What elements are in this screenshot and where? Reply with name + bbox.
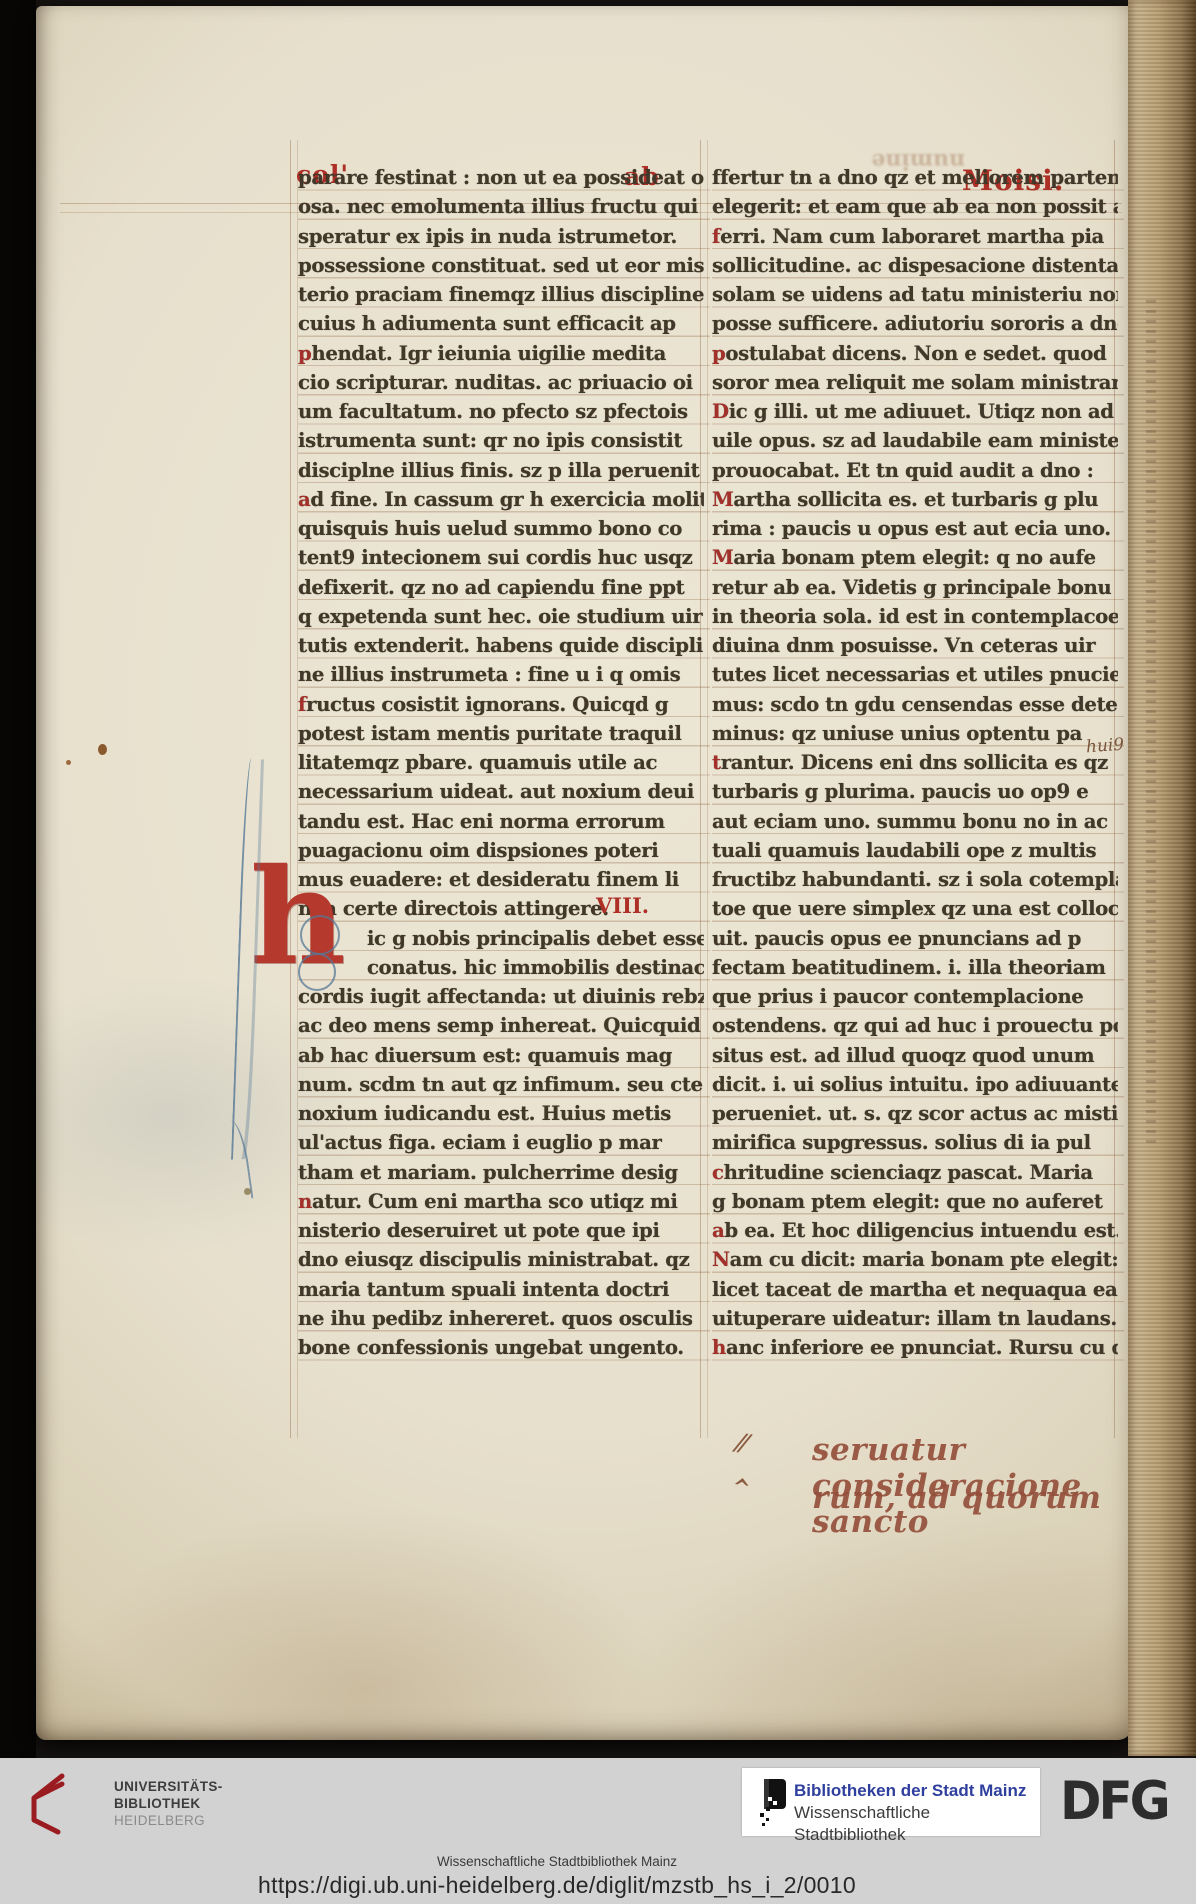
manuscript-text-line: retur ab ea. Videtis g principale bonu [712, 573, 1118, 602]
manuscript-text-line: minus: qz uniuse unius optentu pa [712, 719, 1118, 748]
institution-caption: Wissenschaftliche Stadtbibliothek Mainz [0, 1854, 1114, 1869]
chapter-numeral: VIII. [596, 893, 649, 918]
manuscript-text-line: cio scripturar. nuditas. ac priuacio oi [298, 368, 704, 397]
manuscript-text-line: g bonam ptem elegit: que no auferet [712, 1187, 1118, 1216]
manuscript-text-line: elegerit: et eam que ab ea non possit au [712, 192, 1118, 221]
manuscript-text-line: diuina dnm posuisse. Vn ceteras uir [712, 631, 1118, 660]
manuscript-text-line: postulabat dicens. Non e sedet. quod [712, 339, 1118, 368]
manuscript-text-line: licet taceat de martha et nequaqua ea [712, 1275, 1118, 1304]
manuscript-text-line: ad fine. In cassum gr h exercicia molit [298, 485, 704, 514]
manuscript-text-line: turbaris g plurima. paucis uo op9 e [712, 777, 1118, 806]
manuscript-text-line: Nam cu dicit: maria bonam pte elegit: [712, 1245, 1118, 1274]
margin-gloss: hui9 [1085, 735, 1124, 758]
manuscript-text-line: quisquis huis uelud summo bono co [298, 514, 704, 543]
manuscript-text-line: ne illius instrumeta : fine u i q omis [298, 660, 704, 689]
manuscript-text-line: cordis iugit affectanda: ut diuinis rebz [298, 982, 704, 1011]
manuscript-text-line: toe que uere simplex qz una est colloca [712, 894, 1118, 923]
manuscript-text-line: posse sufficere. adiutoriu sororis a dno [712, 309, 1118, 338]
manuscript-text-line: tuali quamuis laudabili ope z multis [712, 836, 1118, 865]
manuscript-text-line: dno eiusqz discipulis ministrabat. qz [298, 1245, 704, 1274]
manuscript-text-line: istrumenta sunt: qr no ipis consistit [298, 426, 704, 455]
manuscript-text-line: tham et mariam. pulcherrime desig [298, 1158, 704, 1187]
manuscript-text-line: uituperare uideatur: illam tn laudans. [712, 1304, 1118, 1333]
text-column-right: ffertur tn a dno qz et meliorem partemel… [712, 163, 1124, 1362]
manuscript-text-line: aut eciam uno. summu bonu no in ac [712, 807, 1118, 836]
dfg-logo: DFG [1060, 1771, 1168, 1832]
manuscript-text-line: potest istam mentis puritate traquil [298, 719, 704, 748]
manuscript-text-line: necessarium uideat. aut noxium deui [298, 777, 704, 806]
mainz-library-logo: Bibliotheken der Stadt Mainz Wissenschaf… [742, 1768, 1040, 1836]
manuscript-text-line: cuius h adiumenta sunt efficacit ap [298, 309, 704, 338]
manuscript-text-line: uit. paucis opus ee pnuncians ad p [712, 924, 1118, 953]
digitized-manuscript-page: col' ab Moisi. numine parare festinat : … [0, 0, 1196, 1904]
manuscript-text-line: hanc inferiore ee pnunciat. Rursu cu dz … [712, 1333, 1118, 1362]
manuscript-text-line: conatus. hic immobilis destinacio [298, 953, 704, 982]
manuscript-text-line: prouocabat. Et tn quid audit a dno : [712, 456, 1118, 485]
manuscript-text-line: fectam beatitudinem. i. illa theoriam [712, 953, 1118, 982]
ub-line1: UNIVERSITÄTS- [114, 1778, 223, 1795]
manuscript-text-line: num. scdm tn aut qz infimum. seu cte [298, 1070, 704, 1099]
manuscript-text-line: uile opus. sz ad laudabile eam ministeri… [712, 426, 1118, 455]
text-column-left: parare festinat : non ut ea possideat oc… [298, 163, 710, 1362]
manuscript-text-line: possessione constituat. sed ut eor mis [298, 251, 704, 280]
heidelberg-library-logo-text: UNIVERSITÄTS- BIBLIOTHEK HEIDELBERG [114, 1778, 223, 1829]
manuscript-text-line: Maria bonam ptem elegit: q no aufe [712, 543, 1118, 572]
manuscript-text-line: ul'actus figa. eciam i euglio p mar [298, 1128, 704, 1157]
ub-line3: HEIDELBERG [114, 1812, 223, 1829]
manuscript-text-line: ferri. Nam cum laboraret martha pia [712, 222, 1118, 251]
manuscript-text-line: osa. nec emolumenta illius fructu qui [298, 192, 704, 221]
manuscript-text-line: ostendens. qz qui ad huc i prouectu po [712, 1011, 1118, 1040]
manuscript-text-line: mus: scdo tn gdu censendas esse deter [712, 690, 1118, 719]
ruling-vertical [290, 140, 291, 1438]
manuscript-text-line: speratur ex ipis in nuda istrumetor. [298, 222, 704, 251]
parchment-speck [244, 1188, 251, 1195]
manuscript-text-line: mirifica supgressus. solius di ia pul [712, 1128, 1118, 1157]
manuscript-text-line: puagacionu oim dispsiones poteri [298, 836, 704, 865]
manuscript-text-line: situs est. ad illud quoqz quod unum [712, 1041, 1118, 1070]
mainz-line2: Wissenschaftliche Stadtbibliothek [794, 1802, 1040, 1846]
manuscript-text-line: um facultatum. no pfecto sz pfectois [298, 397, 704, 426]
codex-photo: col' ab Moisi. numine parare festinat : … [0, 0, 1196, 1758]
manuscript-text-line: tandu est. Hac eni norma errorum [298, 807, 704, 836]
manuscript-text-line: fructibz habundanti. sz i sola cotempla [712, 865, 1118, 894]
manuscript-text-line: terio praciam finemqz illius discipline. [298, 280, 704, 309]
manuscript-text-line: litatemqz pbare. quamuis utile ac [298, 748, 704, 777]
manuscript-text-line: ic g nobis principalis debet esse [298, 924, 704, 953]
filigree-ornament [300, 915, 340, 955]
manuscript-text-line: defixerit. qz no ad capiendu fine ppt [298, 573, 704, 602]
manuscript-text-line: Dic g illi. ut me adiuuet. Utiqz non ad [712, 397, 1118, 426]
manuscript-text-line: phendat. Igr ieiunia uigilie medita [298, 339, 704, 368]
manuscript-text-line: fructus cosistit ignorans. Quicqd g [298, 690, 704, 719]
manuscript-text-line: que prius i paucor contemplacione [712, 982, 1118, 1011]
parchment-speck [98, 744, 107, 755]
manuscript-text-line: parare festinat : non ut ea possideat oc… [298, 163, 704, 192]
manuscript-text-line: noxium iudicandu est. Huius metis [298, 1099, 704, 1128]
parchment-speck [66, 760, 71, 765]
manuscript-text-line: sollicitudine. ac dispesacione distenta [712, 251, 1118, 280]
ub-line2: BIBLIOTHEK [114, 1795, 223, 1812]
manuscript-text-line: trantur. Dicens eni dns sollicita es qz [712, 748, 1118, 777]
manuscript-text-line: nisterio deseruiret ut pote que ipi [298, 1216, 704, 1245]
manuscript-text-line: ffertur tn a dno qz et meliorem partem [712, 163, 1118, 192]
heidelberg-library-logo-icon [28, 1770, 98, 1841]
filigree-ornament [298, 953, 336, 991]
manuscript-text-line: disciplne illius finis. sz p illa peruen… [298, 456, 704, 485]
manuscript-text-line: chritudine scienciaqz pascat. Maria [712, 1158, 1118, 1187]
mainz-line1: Bibliotheken der Stadt Mainz [794, 1780, 1040, 1802]
book-icon [756, 1777, 790, 1832]
manuscript-text-line: q expetenda sunt hec. oie studium uir [298, 602, 704, 631]
manuscript-text-line: natur. Cum eni martha sco utiqz mi [298, 1187, 704, 1216]
manuscript-text-line: bone confessionis ungebat ungento. [298, 1333, 704, 1362]
manuscript-text-line: solam se uidens ad tatu ministeriu non [712, 280, 1118, 309]
manuscript-text-line: tutes licet necessarias et utiles pnucie [712, 660, 1118, 689]
manuscript-text-line: ab ea. Et hoc diligencius intuendu est. [712, 1216, 1118, 1245]
mainz-logo-text: Bibliotheken der Stadt Mainz Wissenschaf… [794, 1780, 1040, 1846]
manuscript-text-line: soror mea reliquit me solam ministrare. [712, 368, 1118, 397]
manuscript-text-line: in theoria sola. id est in contemplacoe [712, 602, 1118, 631]
manuscript-text-line: ab hac diuersum est: quamuis mag [298, 1041, 704, 1070]
marginal-addition-line2: rum, ad quorum [812, 1480, 1101, 1516]
manuscript-text-line: Martha sollicita es. et turbaris g plu [712, 485, 1118, 514]
fore-edge-ink-marks [1146, 300, 1156, 1150]
manuscript-text-line: ac deo mens semp inhereat. Quicquid [298, 1011, 704, 1040]
manuscript-text-line: perueniet. ut. s. qz scor actus ac misti… [712, 1099, 1118, 1128]
manuscript-text-line: maria tantum spuali intenta doctri [298, 1275, 704, 1304]
manuscript-text-line: tent9 intecionem sui cordis huc usqz [298, 543, 704, 572]
manuscript-text-line: mus euadere: et desideratu finem li [298, 865, 704, 894]
manuscript-text-line: tutis extenderit. habens quide discipli [298, 631, 704, 660]
footer-band: UNIVERSITÄTS- BIBLIOTHEK HEIDELBERG Bibl… [0, 1758, 1196, 1904]
manuscript-text-line: dicit. i. ui solius intuitu. ipo adiuuan… [712, 1070, 1118, 1099]
manuscript-text-line: rima : paucis u opus est aut ecia uno. [712, 514, 1118, 543]
source-url: https://digi.ub.uni-heidelberg.de/diglit… [0, 1872, 1114, 1899]
manuscript-text-line: ne ihu pedibz inhereret. quos osculis [298, 1304, 704, 1333]
